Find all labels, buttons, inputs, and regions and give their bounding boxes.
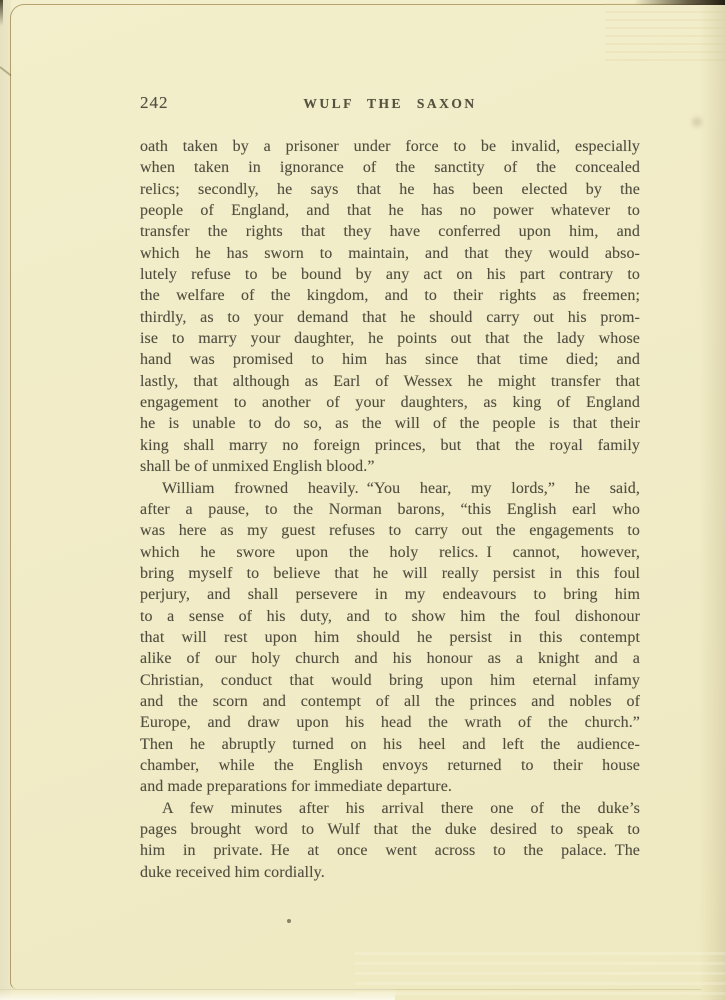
text-line: pages brought word to Wulf that the duke… — [140, 819, 640, 840]
text-line: Then he abruptly turned on his heel and … — [140, 734, 640, 755]
text-line: people of England, and that he has no po… — [140, 200, 640, 221]
text-line: he is unable to do so, as the will of th… — [140, 413, 640, 434]
ink-speck — [287, 919, 291, 923]
text-line: and made preparations for immediate depa… — [140, 776, 640, 797]
page-curve-shadow — [699, 0, 725, 1000]
text-line: which he swore upon the holy relics. I c… — [140, 542, 640, 563]
text-line: oath taken by a prisoner under force to … — [140, 136, 640, 157]
body-text: oath taken by a prisoner under force to … — [140, 136, 640, 883]
page-header: 242 WULF THE SAXON — [140, 93, 640, 115]
text-line: to a sense of his duty, and to show him … — [140, 606, 640, 627]
text-line: bring myself to believe that he will rea… — [140, 563, 640, 584]
text-line: that will rest upon him should he persis… — [140, 627, 640, 648]
text-line: perjury, and shall persevere in my endea… — [140, 584, 640, 605]
text-line: lastly, that although as Earl of Wessex … — [140, 371, 640, 392]
text-line: when taken in ignorance of the sanctity … — [140, 157, 640, 178]
text-line: A few minutes after his arrival there on… — [140, 798, 640, 819]
text-line: transfer the rights that they have confe… — [140, 221, 640, 242]
text-line: shall be of unmixed English blood.” — [140, 456, 640, 477]
text-line: lutely refuse to be bound by any act on … — [140, 264, 640, 285]
text-line: Europe, and draw upon his head the wrath… — [140, 712, 640, 733]
text-line: was here as my guest refuses to carry ou… — [140, 520, 640, 541]
scanned-book-page: { "header": { "page_number": "242", "tit… — [0, 0, 725, 1000]
text-line: thirdly, as to your demand that he shoul… — [140, 307, 640, 328]
text-line: engagement to another of your daughters,… — [140, 392, 640, 413]
bottom-edge-streaks — [355, 952, 725, 1000]
text-line: after a pause, to the Norman barons, “th… — [140, 499, 640, 520]
text-line: ise to marry your daughter, he points ou… — [140, 328, 640, 349]
text-line: Christian, conduct that would bring upon… — [140, 670, 640, 691]
text-line: king shall marry no foreign princes, but… — [140, 435, 640, 456]
text-line: chamber, while the English envoys return… — [140, 755, 640, 776]
text-line: alike of our holy church and his honour … — [140, 648, 640, 669]
book-block-streaks — [605, 3, 725, 65]
text-line: him in private. He at once went across t… — [140, 840, 640, 861]
text-line: the welfare of the kingdom, and to their… — [140, 285, 640, 306]
text-line: and the scorn and contempt of all the pr… — [140, 691, 640, 712]
running-title: WULF THE SAXON — [140, 96, 640, 112]
text-line: William frowned heavily. “You hear, my l… — [140, 478, 640, 499]
bottom-page-edge — [0, 989, 395, 1000]
text-line: relics; secondly, he says that he has be… — [140, 179, 640, 200]
text-line: which he has sworn to maintain, and that… — [140, 243, 640, 264]
text-line: hand was promised to him has since that … — [140, 349, 640, 370]
text-line: duke received him cordially. — [140, 862, 640, 883]
scan-dark-corner-left — [0, 0, 3, 26]
paper-smudge — [692, 117, 702, 127]
scan-dark-corner-right — [630, 0, 725, 5]
